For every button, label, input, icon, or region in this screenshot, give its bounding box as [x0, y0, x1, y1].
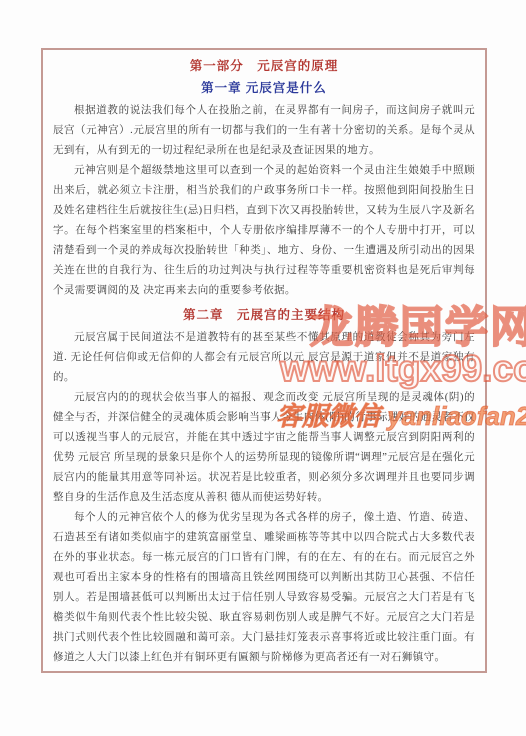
chapter-1-title: 第一章 元辰宫是什么	[53, 78, 475, 96]
chapter-2-block: 第二章 元展宫的主要结构 元辰宫属于民间道法不是道教特有的甚至某些不懂其原理的道…	[53, 305, 475, 668]
paragraph: 根据道教的说法我们每个人在投胎之前，在灵界都有一间房子，而这间房子就叫元辰宫（元…	[53, 101, 475, 161]
paragraph: 元神宫则是个超级禁地这里可以查到一个灵的起始资料一个灵由注生娘娘手中照顾出来后，…	[53, 161, 475, 301]
chapter-2-title: 第二章 元展宫的主要结构	[53, 305, 475, 323]
part-title: 第一部分 元辰宫的原理	[53, 56, 475, 74]
paragraph: 元辰宫内的的现状会依当事人的福报、观念而改变 元辰宫所呈现的是灵魂体(阴)的健全…	[53, 388, 475, 508]
paragraph: 每个人的元神宫依个人的修为优劣呈现为各式各样的房子，像土造、竹造、砖造、石造甚至…	[53, 508, 475, 668]
chapter-2-body: 元辰宫属于民间道法不是道教特有的甚至某些不懂其原理的道教徒会称其为旁门左道. 无…	[53, 328, 475, 668]
paragraph: 元辰宫属于民间道法不是道教特有的甚至某些不懂其原理的道教徒会称其为旁门左道. 无…	[53, 328, 475, 388]
chapter-1-body: 根据道教的说法我们每个人在投胎之前，在灵界都有一间房子，而这间房子就叫元辰宫（元…	[53, 101, 475, 301]
content-frame: 第一部分 元辰宫的原理 第一章 元辰宫是什么 根据道教的说法我们每个人在投胎之前…	[41, 48, 487, 673]
